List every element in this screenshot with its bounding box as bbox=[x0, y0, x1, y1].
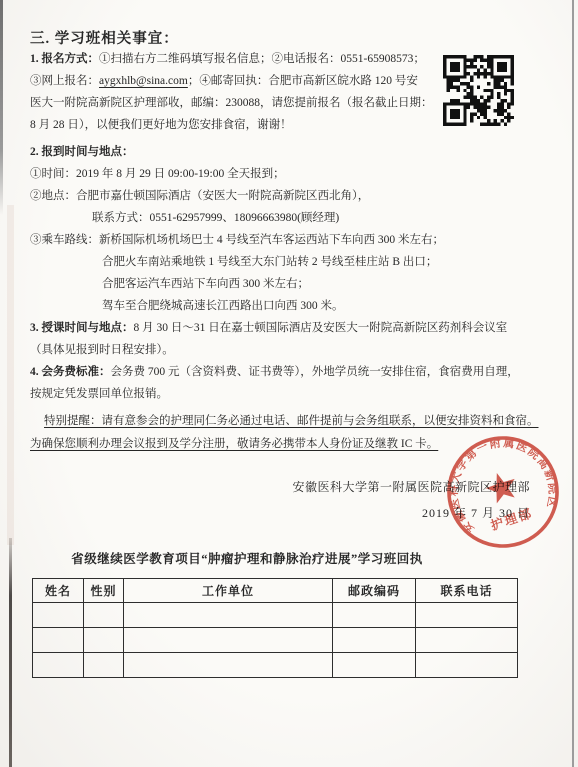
text-segment: ①时间：2019 年 8 月 29 日 09:00-19:00 全天报到； bbox=[30, 168, 285, 180]
slip-cell bbox=[416, 603, 518, 628]
slip-header-cell: 联系电话 bbox=[416, 579, 518, 603]
return-slip-table: 姓名性别工作单位邮政编码联系电话 bbox=[32, 578, 518, 678]
underlined-text: 特别提醒：请有意参会的护理同仁务必通过电话、邮件提前与会务组联系，以便安排资料和… bbox=[44, 415, 539, 427]
text-segment: ②地点：合肥市嘉仕顿国际酒店（安医大一附院高新院区西北角）， bbox=[30, 190, 369, 202]
slip-cell bbox=[333, 603, 416, 628]
scan-edge-artifact bbox=[7, 205, 14, 545]
seal-unit-text: 护理部 bbox=[489, 505, 535, 533]
text-segment: 1. 报名方式： bbox=[30, 53, 99, 65]
slip-cell bbox=[84, 603, 124, 628]
scan-edge-artifact bbox=[0, 0, 3, 215]
slip-cell bbox=[124, 603, 333, 628]
text-line: 4. 会务费标准：会务费 700 元（含资料费、证书费等），外地学员统一安排住宿… bbox=[30, 361, 530, 383]
text-line: 3. 授课时间与地点：8 月 30 日～31 日在嘉士顿国际酒店及安医大一附院高… bbox=[30, 317, 530, 339]
underlined-text: 为确保您顺利办理会议报到及学分注册，敬请务必携带本人身份证及继教 IC 卡。 bbox=[30, 438, 438, 450]
text-segment: 驾车至合肥绕城高速长江西路出口向西 300 米。 bbox=[102, 300, 344, 312]
text-segment: ；④邮寄回执：合肥市高新区皖水路 120 号安 bbox=[188, 75, 418, 87]
text-segment: 会务费 700 元（含资料费、证书费等），外地学员统一安排住宿，食宿费用自理， bbox=[111, 366, 519, 378]
text-line: （具体见报到时日程安排）。 bbox=[30, 339, 530, 361]
slip-cell bbox=[124, 628, 333, 653]
slip-cell bbox=[84, 653, 124, 678]
text-segment: 联系方式：0551-62957999、18096663980(顾经理) bbox=[92, 212, 339, 224]
official-seal: 安徽医科大学第一附属医院高新院区 护理部 bbox=[440, 430, 566, 554]
text-segment: 3. 授课时间与地点： bbox=[30, 322, 134, 334]
slip-cell bbox=[33, 628, 84, 653]
slip-cell bbox=[416, 628, 518, 653]
slip-empty-row bbox=[33, 628, 518, 653]
text-line: 合肥客运汽车西站下车向西 300 米左右； bbox=[30, 273, 530, 295]
text-segment: ③乘车路线：新桥国际机场机场巴士 4 号线至汽车客运西站下车向西 300 米左右… bbox=[30, 234, 444, 246]
slip-header-cell: 性别 bbox=[84, 579, 124, 603]
text-line: 驾车至合肥绕城高速长江西路出口向西 300 米。 bbox=[30, 295, 530, 317]
scanned-notice-page: 三. 学习班相关事宜： 1. 报名方式：①扫描右方二维码填写报名信息；②电话报名… bbox=[0, 0, 578, 767]
underlined-text: aygxhlb@sina.com bbox=[99, 75, 188, 87]
text-segment: 合肥火车南站乘地铁 1 号线至大东门站转 2 号线至桂庄站 B 出口； bbox=[102, 256, 437, 268]
text-segment: 8 月 30 日～31 日在嘉士顿国际酒店及安医大一附院高新院区药剂科会议室 bbox=[134, 322, 508, 334]
text-segment: 8 月 28 日），以便我们更好地为您安排食宿，谢谢！ bbox=[30, 119, 292, 131]
scan-edge-artifact bbox=[572, 0, 574, 767]
slip-header-cell: 工作单位 bbox=[124, 579, 333, 603]
text-segment: ③网上报名： bbox=[30, 75, 99, 87]
slip-cell bbox=[416, 653, 518, 678]
text-segment: （具体见报到时日程安排）。 bbox=[30, 344, 174, 356]
slip-cell bbox=[333, 653, 416, 678]
slip-cell bbox=[33, 603, 84, 628]
qr-code bbox=[442, 55, 515, 126]
slip-cell bbox=[333, 628, 416, 653]
slip-header-cell: 姓名 bbox=[33, 579, 84, 603]
text-line: 按规定凭发票回单位报销。 bbox=[30, 383, 530, 405]
slip-empty-row bbox=[33, 603, 518, 628]
text-line: 联系方式：0551-62957999、18096663980(顾经理) bbox=[30, 207, 530, 229]
text-segment: ①扫描右方二维码填写报名信息；②电话报名：0551-65908573； bbox=[99, 53, 425, 65]
text-line: 2. 报到时间与地点： bbox=[30, 141, 530, 163]
scan-edge-artifact bbox=[9, 538, 12, 767]
text-segment: 合肥客运汽车西站下车向西 300 米左右； bbox=[102, 278, 309, 290]
slip-cell bbox=[33, 653, 84, 678]
slip-header-cell: 邮政编码 bbox=[333, 579, 416, 603]
slip-cell bbox=[124, 653, 333, 678]
return-slip-title: 省级继续医学教育项目“肿瘤护理和静脉治疗进展”学习班回执 bbox=[28, 549, 466, 567]
text-segment: 医大一附院高新院区护理部收，邮编：230088，请您提前报名（报名截止日期： bbox=[30, 97, 433, 109]
text-line: ③乘车路线：新桥国际机场机场巴士 4 号线至汽车客运西站下车向西 300 米左右… bbox=[30, 229, 530, 251]
text-segment: 按规定凭发票回单位报销。 bbox=[30, 388, 168, 400]
seal-star-icon bbox=[482, 468, 520, 505]
slip-cell bbox=[84, 628, 124, 653]
text-line: 合肥火车南站乘地铁 1 号线至大东门站转 2 号线至桂庄站 B 出口； bbox=[30, 251, 530, 273]
text-line: ②地点：合肥市嘉仕顿国际酒店（安医大一附院高新院区西北角）， bbox=[30, 185, 530, 207]
section-heading: 三. 学习班相关事宜： bbox=[30, 27, 179, 48]
text-segment: 4. 会务费标准： bbox=[30, 366, 111, 378]
text-segment: 2. 报到时间与地点： bbox=[30, 146, 134, 158]
text-line: ①时间：2019 年 8 月 29 日 09:00-19:00 全天报到； bbox=[30, 163, 530, 185]
slip-empty-row bbox=[33, 653, 518, 678]
